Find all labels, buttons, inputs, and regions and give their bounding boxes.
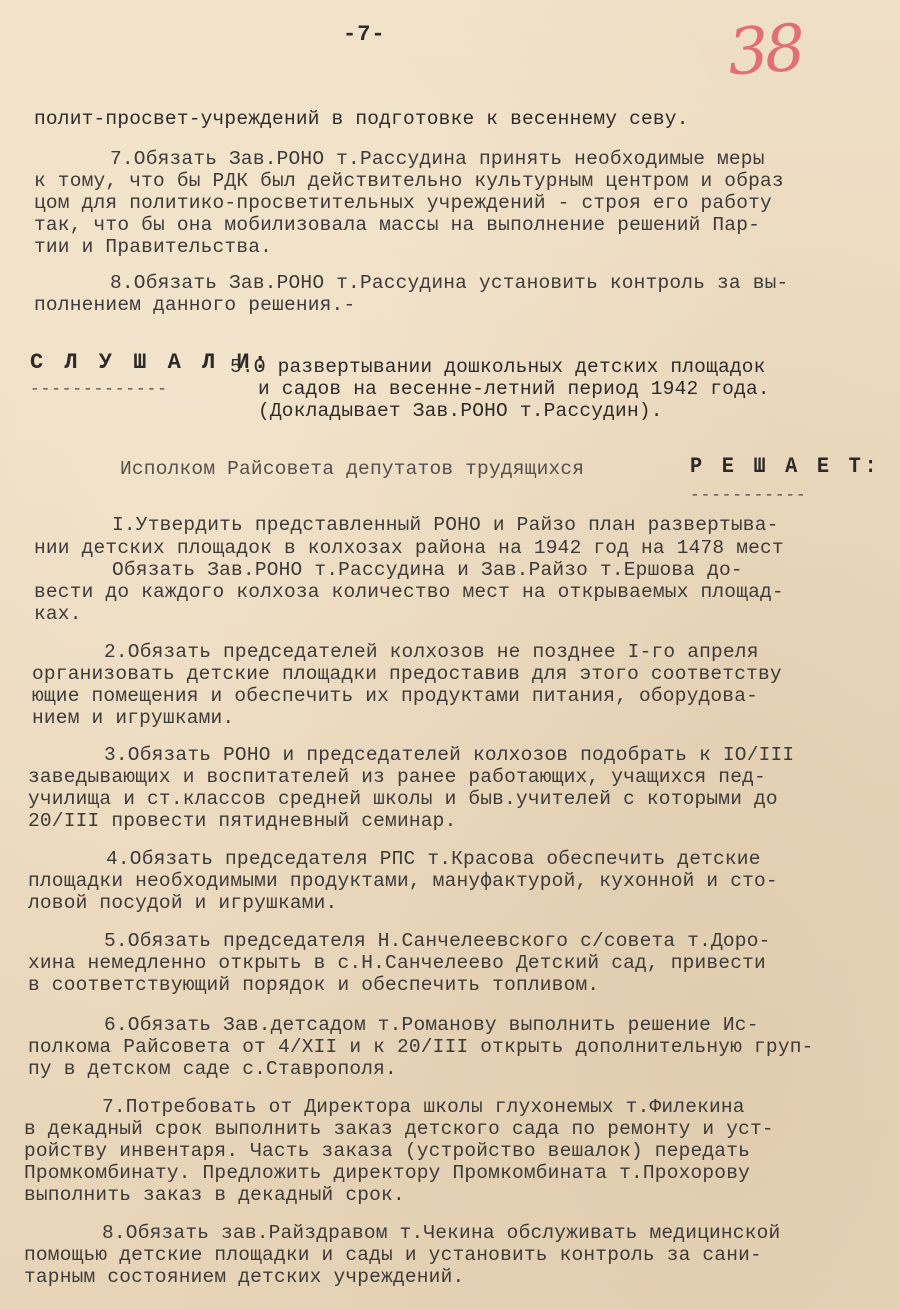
text-line: 3.Обязать РОНО и председателей колхозов … <box>104 744 794 766</box>
text-line: хина немедленно открыть в с.Н.Санчелеево… <box>28 952 766 974</box>
text-line: 6.Обязать Зав.детсадом т.Романову выполн… <box>104 1014 759 1036</box>
text-line: вести до каждого колхоза количество мест… <box>34 581 784 603</box>
text-line: нием и игрушками. <box>32 707 234 729</box>
text-line: ройству инвентаря. Часть заказа (устройс… <box>24 1140 750 1162</box>
text-line: заведывающих и воспитателей из ранее раб… <box>28 766 766 788</box>
heard-line: 5.О развертывании дошкольных детских пло… <box>230 356 766 378</box>
text-line: 5.Обязать председателя Н.Санчелеевского … <box>104 930 771 952</box>
page-number: -7- <box>343 22 386 47</box>
text-line: организовать детские площадки предостави… <box>32 663 782 685</box>
text-line: нии детских площадок в колхозах района н… <box>34 537 784 559</box>
decision-verb: Р Е Ш А Е Т: <box>690 456 880 478</box>
text-line: ловой посудой и игрушками. <box>28 892 337 914</box>
text-line: 7.Потребовать от Директора школы глухоне… <box>102 1096 745 1118</box>
heard-line: и садов на весенне-летний период 1942 го… <box>258 378 770 400</box>
archive-sheet-number: 38 <box>726 12 804 91</box>
text-line: Обязать Зав.РОНО т.Рассудина и Зав.Райзо… <box>112 559 743 581</box>
text-line: полкома Райсовета от 4/XII и к 20/III от… <box>28 1036 814 1058</box>
text-line: 7.Обязать Зав.РОНО т.Рассудина принять н… <box>110 148 765 170</box>
text-line: так, что бы она мобилизовала массы на вы… <box>34 214 760 236</box>
decision-preamble: Исполком Райсовета депутатов трудящихся <box>120 458 584 480</box>
text-line: училища и ст.классов средней школы и быв… <box>28 788 778 810</box>
text-line: пу в детском саде с.Ставрополя. <box>28 1058 397 1080</box>
document-page: -7- 38 полит-просвет-учреждений в подгот… <box>0 0 900 1309</box>
text-line: 8.Обязать зав.Райздравом т.Чекина обслуж… <box>102 1222 780 1244</box>
text-line: площадки необходимыми продуктами, мануфа… <box>28 870 778 892</box>
text-line: тарным состоянием детских учреждений. <box>24 1266 464 1288</box>
heard-underline: ------------- <box>30 378 168 400</box>
text-line: ках. <box>34 603 82 625</box>
text-line: к тому, что бы РДК был действительно кул… <box>34 170 784 192</box>
text-line: Промкомбинату. Предложить директору Пром… <box>24 1162 750 1184</box>
text-line: в декадный срок выполнить заказ детского… <box>24 1118 774 1140</box>
text-line: цом для политико-просветительных учрежде… <box>34 192 772 214</box>
text-line: тии и Правительства. <box>34 236 272 258</box>
text-line: ющие помещения и обеспечить их продуктам… <box>32 685 758 707</box>
text-line: в соответствующий порядок и обеспечить т… <box>28 974 599 996</box>
text-line: I.Утвердить представленный РОНО и Райзо … <box>112 514 779 536</box>
text-line: выполнить заказ в декадный срок. <box>24 1184 405 1206</box>
text-line: 20/III провести пятидневный семинар. <box>28 810 456 832</box>
text-line: 4.Обязать председателя РПС т.Красова обе… <box>106 848 761 870</box>
text-line: полнением данного решения.- <box>34 294 355 316</box>
text-line: 8.Обязать Зав.РОНО т.Рассудина установит… <box>110 272 788 294</box>
text-line: 2.Обязать председателей колхозов не позд… <box>104 641 759 663</box>
text-line: помощью детские площадки и сады и устано… <box>24 1244 762 1266</box>
heard-line: (Докладывает Зав.РОНО т.Рассудин). <box>258 400 663 422</box>
intro-line: полит-просвет-учреждений в подготовке к … <box>34 108 689 130</box>
decision-verb-underline: ----------- <box>690 484 807 506</box>
